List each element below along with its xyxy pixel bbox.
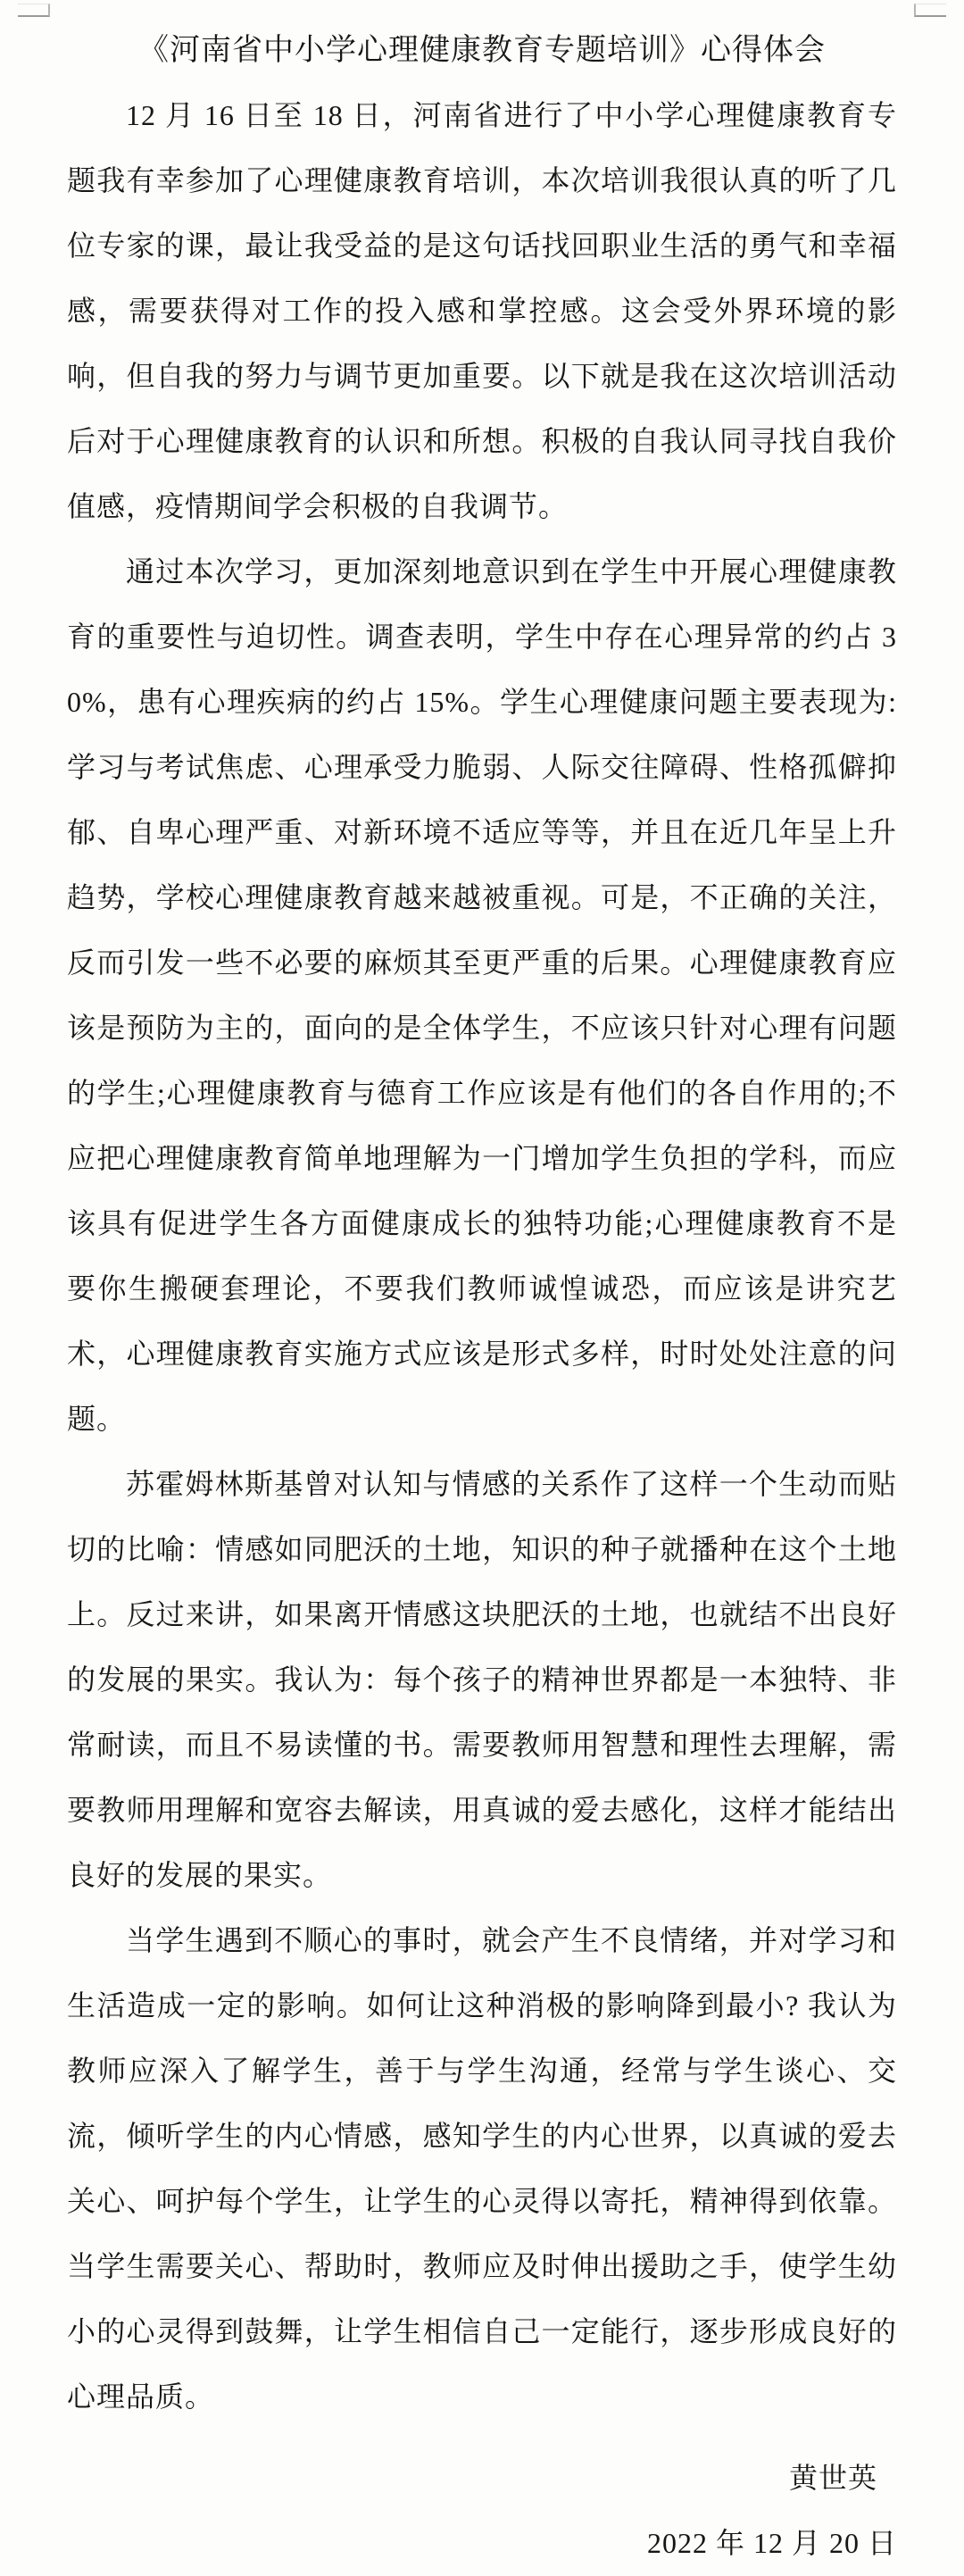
text-column: 《河南省中小学心理健康教育专题培训》心得体会 12 月 16 日至 18 日，河…: [0, 0, 964, 2576]
paragraph-2: 通过本次学习，更加深刻地意识到在学生中开展心理健康教育的重要性与迫切性。调查表明…: [67, 539, 897, 1452]
signature: 黄世英: [67, 2446, 897, 2511]
paragraph-1: 12 月 16 日至 18 日，河南省进行了中小学心理健康教育专题我有幸参加了心…: [67, 83, 897, 539]
paragraph-4: 当学生遇到不顺心的事时，就会产生不良情绪，并对学习和生活造成一定的影响。如何让这…: [67, 1908, 897, 2430]
page-margin-mark-right: [914, 4, 946, 17]
paragraph-3: 苏霍姆林斯基曾对认知与情感的关系作了这样一个生动而贴切的比喻：情感如同肥沃的土地…: [67, 1452, 897, 1908]
document-title: 《河南省中小学心理健康教育专题培训》心得体会: [67, 18, 897, 83]
date: 2022 年 12 月 20 日: [67, 2511, 897, 2576]
document-page: 《河南省中小学心理健康教育专题培训》心得体会 12 月 16 日至 18 日，河…: [0, 0, 964, 2576]
page-margin-mark-left: [18, 4, 50, 17]
